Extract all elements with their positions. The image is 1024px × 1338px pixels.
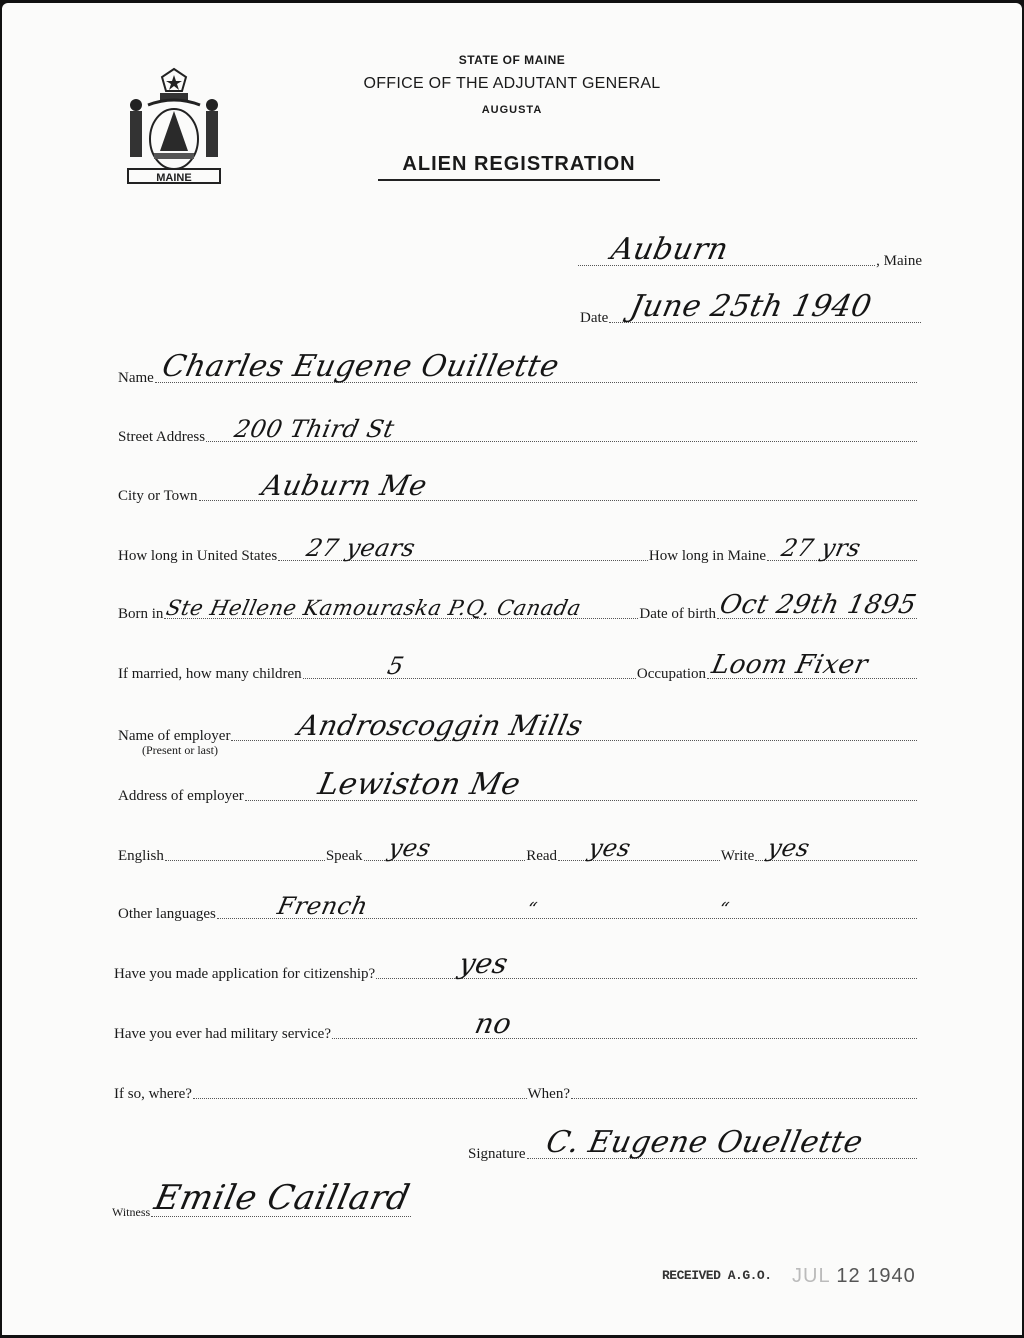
english-row: English Speak yes Read yes Write yes: [118, 843, 918, 865]
service-details-row: If so, where? When?: [114, 1081, 918, 1103]
date-label: Date: [580, 309, 608, 327]
employer-value: Androscoggin Mills: [295, 709, 586, 742]
citizenship-value: yes: [456, 947, 511, 980]
name-label: Name: [118, 369, 154, 387]
svg-text:MAINE: MAINE: [156, 172, 191, 184]
english-label: English: [118, 847, 164, 865]
street-address-field[interactable]: Street Address 200 Third St: [118, 424, 918, 446]
other-languages-field[interactable]: Other languages French “ “: [118, 901, 918, 923]
employer-field[interactable]: Name of employer Androscoggin Mills: [118, 723, 918, 745]
family-occupation-row: If married, how many children 5 Occupati…: [118, 661, 918, 683]
children-value: 5: [385, 652, 407, 680]
born-in-value: Ste Hellene Kamouraska P.Q. Canada: [164, 596, 583, 620]
form-title: ALIEN REGISTRATION: [378, 153, 660, 181]
years-maine-label: How long in Maine: [649, 547, 766, 565]
citizenship-field[interactable]: Have you made application for citizenshi…: [114, 961, 918, 983]
when-label: When?: [528, 1085, 570, 1103]
maine-state-seal-icon: MAINE: [120, 65, 228, 189]
date-of-birth-label: Date of birth: [639, 605, 716, 623]
speak-field[interactable]: yes: [364, 860, 526, 861]
years-maine-field[interactable]: 27 yrs: [767, 560, 917, 561]
place-field[interactable]: Auburn , Maine: [577, 248, 922, 270]
where-field[interactable]: [193, 1098, 527, 1099]
employer-address-field[interactable]: Address of employer Lewiston Me: [118, 783, 918, 805]
date-of-birth-field[interactable]: Oct 29th 1895: [717, 618, 917, 619]
employer-address-value: Lewiston Me: [315, 767, 524, 802]
city-field[interactable]: City or Town Auburn Me: [118, 483, 918, 505]
citizenship-label: Have you made application for citizenshi…: [114, 965, 375, 983]
read-label: Read: [526, 847, 557, 865]
office-heading: OFFICE OF THE ADJUTANT GENERAL: [342, 75, 682, 93]
date-value: June 25th 1940: [627, 289, 875, 324]
employer-address-label: Address of employer: [118, 787, 244, 805]
years-us-label: How long in United States: [118, 547, 277, 565]
speak-label: Speak: [326, 847, 363, 865]
military-value: no: [472, 1007, 515, 1040]
city-heading: AUGUSTA: [362, 104, 662, 116]
city-label: City or Town: [118, 487, 198, 505]
date-of-birth-value: Oct 29th 1895: [717, 590, 919, 620]
place-value: Auburn: [608, 232, 732, 267]
place-suffix: , Maine: [876, 252, 922, 270]
received-stamp-date: JUL 12 1940: [792, 1265, 916, 1288]
witness-label: Witness: [112, 1203, 150, 1221]
children-field[interactable]: 5: [303, 678, 636, 679]
name-value: Charles Eugene Ouillette: [159, 349, 562, 384]
state-heading: STATE OF MAINE: [362, 53, 662, 67]
when-field[interactable]: [571, 1098, 917, 1099]
read-value: yes: [586, 834, 634, 862]
residence-duration-row: How long in United States 27 years How l…: [118, 543, 918, 565]
signature-value: C. Eugene Ouellette: [543, 1125, 866, 1160]
born-in-label: Born in: [118, 605, 163, 623]
date-field[interactable]: Date June 25th 1940: [580, 305, 922, 327]
employer-sublabel: (Present or last): [142, 743, 218, 758]
witness-value: Emile Caillard: [151, 1178, 413, 1218]
received-stamp-month: JUL: [792, 1265, 830, 1287]
military-field[interactable]: Have you ever had military service? no: [114, 1021, 918, 1043]
write-label: Write: [721, 847, 755, 865]
write-value: yes: [765, 834, 813, 862]
occupation-label: Occupation: [637, 665, 706, 683]
birth-row: Born in Ste Hellene Kamouraska P.Q. Cana…: [118, 601, 918, 623]
received-stamp: RECEIVED A.G.O.: [662, 1268, 772, 1283]
other-languages-label: Other languages: [118, 905, 216, 923]
speak-value: yes: [386, 834, 434, 862]
city-value: Auburn Me: [259, 469, 430, 502]
name-field[interactable]: Name Charles Eugene Ouillette: [118, 365, 918, 387]
registration-form: MAINE STATE OF MAINE OFFICE OF THE ADJUT…: [2, 3, 1022, 1335]
occupation-field[interactable]: Loom Fixer: [707, 678, 917, 679]
military-label: Have you ever had military service?: [114, 1025, 331, 1043]
received-stamp-day-year: 12 1940: [836, 1265, 915, 1287]
years-us-field[interactable]: 27 years: [278, 560, 648, 561]
write-field[interactable]: yes: [755, 860, 917, 861]
street-address-value: 200 Third St: [232, 415, 397, 443]
other-languages-value: French: [275, 892, 371, 920]
signature-label: Signature: [468, 1145, 526, 1163]
read-field[interactable]: yes: [558, 860, 720, 861]
years-us-value: 27 years: [304, 534, 418, 562]
born-in-field[interactable]: Ste Hellene Kamouraska P.Q. Canada: [164, 618, 638, 619]
children-label: If married, how many children: [118, 665, 302, 683]
occupation-value: Loom Fixer: [709, 650, 871, 680]
where-label: If so, where?: [114, 1085, 192, 1103]
other-languages-write-ditto: “: [717, 899, 731, 920]
other-languages-read-ditto: “: [525, 899, 539, 920]
signature-field[interactable]: Signature C. Eugene Ouellette: [468, 1141, 918, 1163]
years-maine-value: 27 yrs: [779, 534, 863, 562]
street-address-label: Street Address: [118, 428, 205, 446]
witness-field[interactable]: Witness Emile Caillard: [112, 1199, 412, 1221]
